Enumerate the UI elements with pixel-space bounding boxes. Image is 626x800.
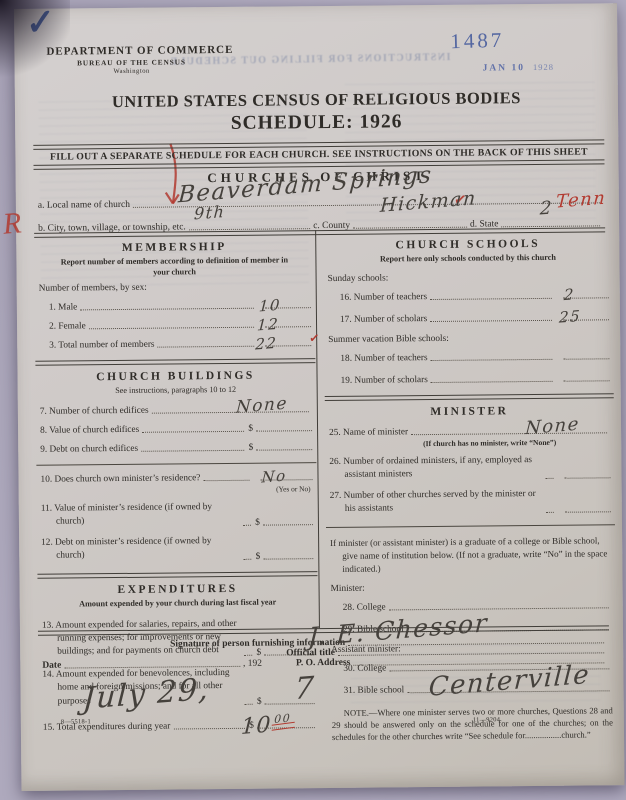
graduate-instruction: If minister (or assistant minister) is a… — [330, 534, 611, 576]
handwritten-year-digit: 7 — [294, 673, 316, 705]
form-row: 26. Number of ordained ministers, if any… — [329, 453, 610, 483]
single-rule — [36, 462, 316, 466]
minister-instruction-note: (If church has no minister, write “None”… — [329, 437, 610, 449]
handwritten-state: Tenn — [555, 189, 606, 211]
dotted-leader — [389, 606, 609, 610]
blue-check-mark-icon: ✓ — [26, 1, 55, 44]
handwritten-state-flourish: 2 — [539, 199, 553, 218]
form-row: 7. Number of church edifices None — [40, 404, 312, 417]
field-label: 9. Debt on church edifices — [40, 444, 138, 455]
department-name: DEPARTMENT OF COMMERCE — [46, 44, 216, 59]
answer-blank — [256, 429, 312, 432]
dotted-leader — [431, 380, 553, 383]
field-label: Date — [42, 661, 61, 671]
dotted-leader — [546, 476, 554, 478]
field-label: 12. Debt on minister’s residence (if own… — [41, 535, 241, 564]
instruction-banner: FILL OUT A SEPARATE SCHEDULE FOR EACH CH… — [33, 139, 604, 169]
handwritten-value: 22 — [255, 336, 278, 353]
dotted-leader — [243, 524, 251, 526]
handwritten-value: None — [525, 415, 581, 437]
section-heading-expenditures: EXPENDITURES — [42, 582, 314, 597]
serial-number-stamp: 1487 — [450, 28, 505, 54]
form-row: 9. Debt on church edifices $ — [40, 442, 312, 455]
agency-city: Washington — [47, 67, 217, 77]
dollar-sign: $ — [255, 518, 260, 528]
double-rule — [37, 571, 317, 579]
answer-blank — [563, 357, 609, 359]
field-label: 8. Value of church edifices — [40, 425, 139, 436]
handwritten-county: Hickman — [379, 189, 477, 216]
red-margin-letter: R — [2, 206, 23, 241]
dotted-leader — [244, 558, 252, 560]
field-label: 3. Total number of members — [49, 340, 154, 351]
form-row: 19. Number of scholars — [341, 373, 610, 386]
dollar-sign: $ — [256, 552, 261, 562]
field-label: 16. Number of teachers — [340, 292, 427, 303]
agency-header: DEPARTMENT OF COMMERCE BUREAU OF THE CEN… — [46, 44, 216, 77]
scanned-census-schedule: INSTRUCTIONS FOR FILLING OUT SCHEDULE ✓ … — [0, 0, 626, 800]
section-subheading: Report here only schools conducted by th… — [327, 252, 608, 265]
dotted-leader — [173, 727, 245, 730]
field-label: 26. Number of ordained ministers, if any… — [329, 454, 542, 483]
form-row: 27. Number of other churches served by t… — [330, 487, 611, 517]
handwritten-value: 12 — [257, 317, 280, 334]
double-rule — [35, 358, 315, 366]
single-rule — [326, 524, 615, 528]
dotted-leader — [80, 307, 254, 311]
section-subheading: Report number of members according to de… — [38, 255, 310, 279]
dollars-value: 10 — [240, 712, 272, 740]
dotted-leader — [245, 703, 253, 705]
intro-text: Number of members, by sex: — [39, 281, 311, 294]
form-row: 25. Name of minister None — [329, 425, 610, 438]
answer-blank — [256, 448, 312, 451]
field-label: 2. Female — [49, 322, 86, 332]
printed-year-prefix: , 192 — [243, 659, 262, 669]
group-label: Minister: — [331, 581, 612, 594]
form-row: 3. Total number of members 22 ✓ — [49, 338, 311, 351]
form-row: 11. Value of minister’s residence (if ow… — [41, 500, 313, 530]
stamp-day: JAN 10 — [483, 63, 525, 73]
answer-blank — [565, 476, 611, 478]
dotted-leader — [430, 297, 552, 300]
field-label: 11. Value of minister’s residence (if ow… — [41, 501, 241, 530]
dollar-sign: $ — [257, 697, 262, 707]
section-subheading: Amount expended by your church during la… — [42, 597, 314, 610]
section-heading-membership: MEMBERSHIP — [38, 240, 310, 255]
field-label: 28. College — [343, 602, 386, 612]
group-label: Sunday schools: — [328, 271, 609, 284]
column-divider — [315, 230, 320, 628]
form-row: 18. Number of teachers — [340, 351, 609, 364]
form-subtitle: SCHEDULE: 1926 — [15, 109, 618, 137]
form-row: 2. Female 12 — [49, 319, 311, 332]
form-row: 16. Number of teachers 2 — [340, 290, 609, 303]
field-label: 27. Number of other churches served by t… — [330, 488, 543, 517]
handwritten-township: 9th — [194, 204, 226, 223]
yes-or-no-note: (Yes or No) — [41, 484, 311, 496]
handwritten-total-expenditure: 1000 — [240, 713, 291, 739]
dotted-leader — [64, 665, 240, 669]
handwritten-value: 2 — [563, 287, 575, 303]
handwritten-value: 10 — [258, 298, 281, 315]
dollar-sign: $ — [249, 443, 254, 453]
answer-blank — [263, 523, 313, 525]
form-row: 8. Value of church edifices $ — [40, 423, 312, 436]
section-heading-church-buildings: CHURCH BUILDINGS — [39, 369, 311, 384]
field-label: P. O. Address — [296, 658, 350, 669]
form-paper: INSTRUCTIONS FOR FILLING OUT SCHEDULE ✓ … — [14, 3, 624, 791]
form-row: 1. Male 10 — [49, 300, 311, 313]
field-label: 25. Name of minister — [329, 427, 408, 438]
date-received-stamp: JAN 10 1928 — [482, 57, 554, 76]
dollar-sign: $ — [248, 424, 253, 434]
field-label: 10. Does church own minister’s residence… — [40, 473, 200, 485]
field-label: a. Local name of church — [38, 200, 130, 211]
dotted-leader — [203, 479, 249, 481]
answer-blank — [263, 557, 313, 559]
form-row: 12. Debt on minister’s residence (if own… — [41, 534, 313, 564]
field-label: 17. Number of scholars — [340, 314, 427, 325]
group-label: Summer vacation Bible schools: — [328, 332, 609, 345]
dotted-leader — [158, 345, 255, 348]
handwritten-value: No — [261, 468, 287, 485]
stamp-year: 1928 — [533, 62, 554, 72]
field-label: 19. Number of scholars — [341, 375, 428, 386]
dotted-leader — [142, 430, 244, 433]
print-code: 11—9204 — [473, 716, 501, 723]
red-check-mark-icon: ✓ — [308, 331, 319, 347]
form-row: 17. Number of scholars 25 — [340, 312, 609, 325]
field-label: 7. Number of church edifices — [40, 406, 149, 417]
form-row: 10. Does church own minister’s residence… — [40, 472, 312, 485]
dotted-leader — [141, 449, 245, 452]
handwritten-value: 25 — [558, 308, 581, 325]
dotted-leader — [430, 319, 552, 322]
field-label: 1. Male — [49, 303, 78, 313]
dotted-leader — [89, 326, 254, 330]
dotted-leader — [431, 358, 553, 361]
double-rule — [325, 393, 614, 401]
answer-blank — [564, 379, 610, 381]
dotted-leader — [546, 510, 554, 512]
bleedthrough-heading: INSTRUCTIONS FOR FILLING OUT SCHEDULE — [210, 52, 450, 67]
church-name-line: a. Local name of church — [38, 195, 603, 210]
handwritten-value: None — [235, 395, 288, 416]
section-heading-church-schools: CHURCH SCHOOLS — [327, 237, 608, 252]
answer-blank — [565, 510, 611, 512]
field-label: 31. Bible school — [344, 685, 405, 696]
form-number: 8—5518-1 — [61, 718, 91, 725]
field-label: 18. Number of teachers — [340, 353, 427, 364]
